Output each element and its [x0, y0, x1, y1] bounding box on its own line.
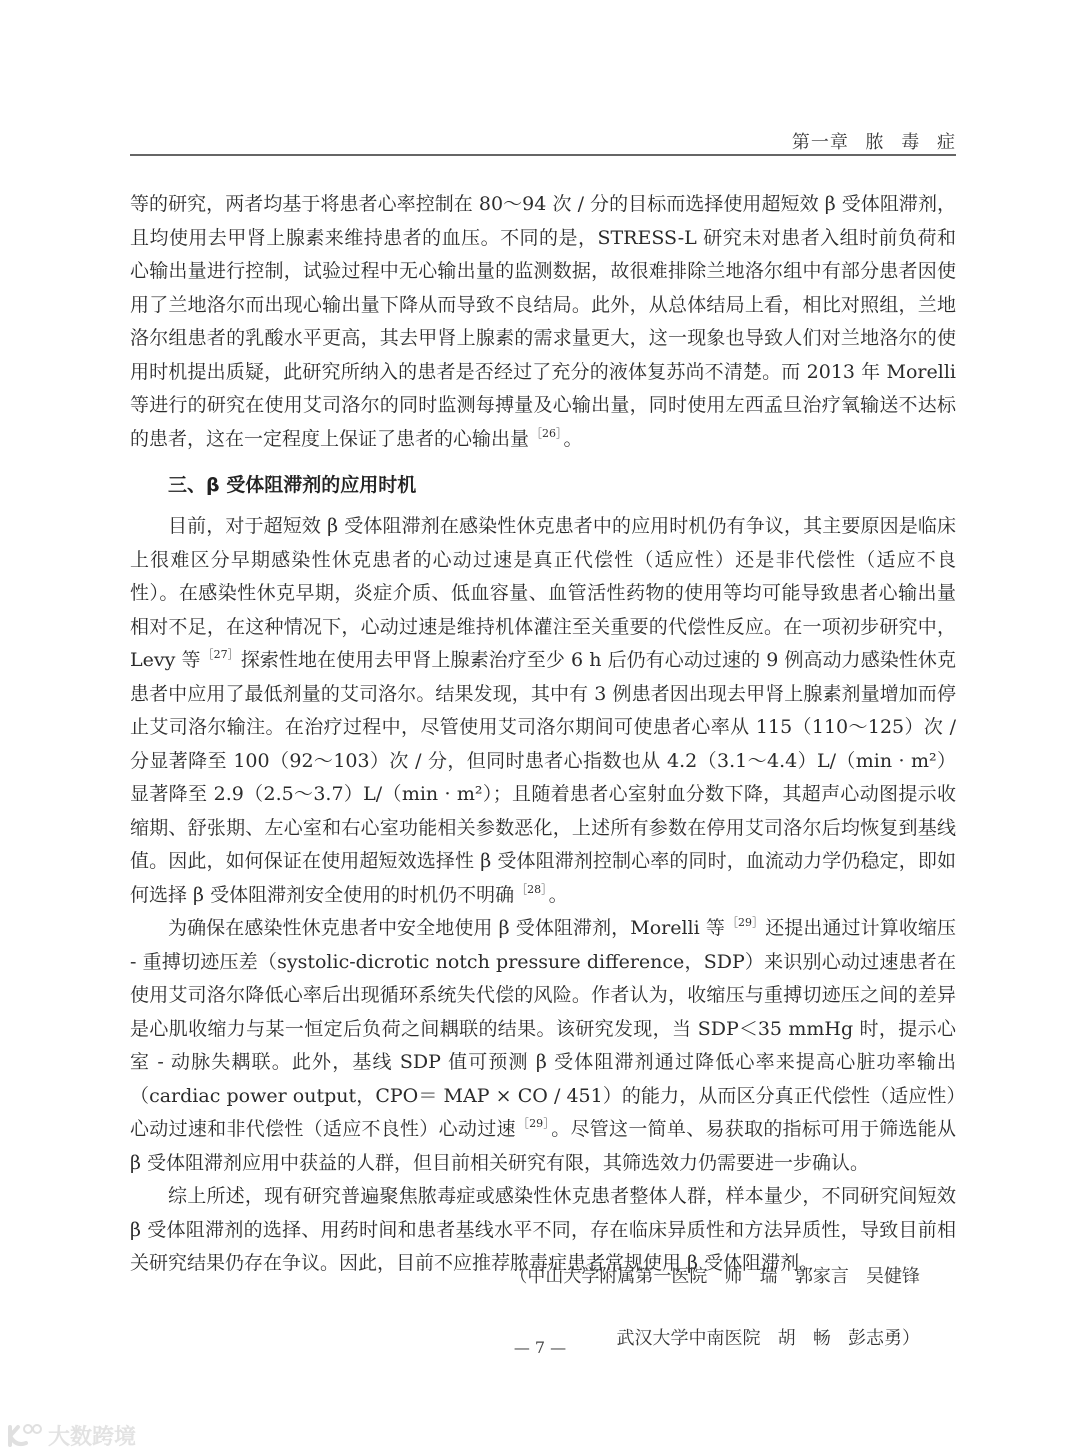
citation-ref: ［29］: [727, 916, 763, 929]
watermark: 大数跨境: [6, 1420, 136, 1451]
paragraph: 为确保在感染性休克患者中安全地使用 β 受体阻滞剂，Morelli 等［29］还…: [130, 912, 956, 1180]
k100-logo-icon: [6, 1423, 42, 1449]
chapter-title: 第一章 脓 毒 症: [792, 128, 956, 154]
paragraph: 目前，对于超短效 β 受体阻滞剂在感染性休克患者中的应用时机仍有争议，其主要原因…: [130, 510, 956, 912]
citation-ref: ［28］: [516, 883, 547, 896]
citation-ref: ［27］: [203, 648, 239, 661]
page-number: — 7 —: [0, 1338, 1080, 1357]
author-affiliations: （中山大学附属第一医院 师 瑞 郭家言 吴健锋 武汉大学中南医院 胡 畅 彭志勇…: [498, 1230, 920, 1385]
watermark-text: 大数跨境: [48, 1420, 136, 1451]
section-heading: 三、β 受体阻滞剂的应用时机: [130, 468, 956, 502]
author-line-1: （中山大学附属第一医院 师 瑞 郭家言 吴健锋: [509, 1266, 920, 1287]
body-text: 等的研究，两者均基于将患者心率控制在 80～94 次 / 分的目标而选择使用超短…: [130, 188, 956, 1281]
citation-ref: ［26］: [531, 427, 562, 440]
running-header: 第一章 脓 毒 症: [130, 126, 956, 156]
paragraph: 等的研究，两者均基于将患者心率控制在 80～94 次 / 分的目标而选择使用超短…: [130, 188, 956, 456]
citation-ref: ［29］: [518, 1117, 549, 1130]
